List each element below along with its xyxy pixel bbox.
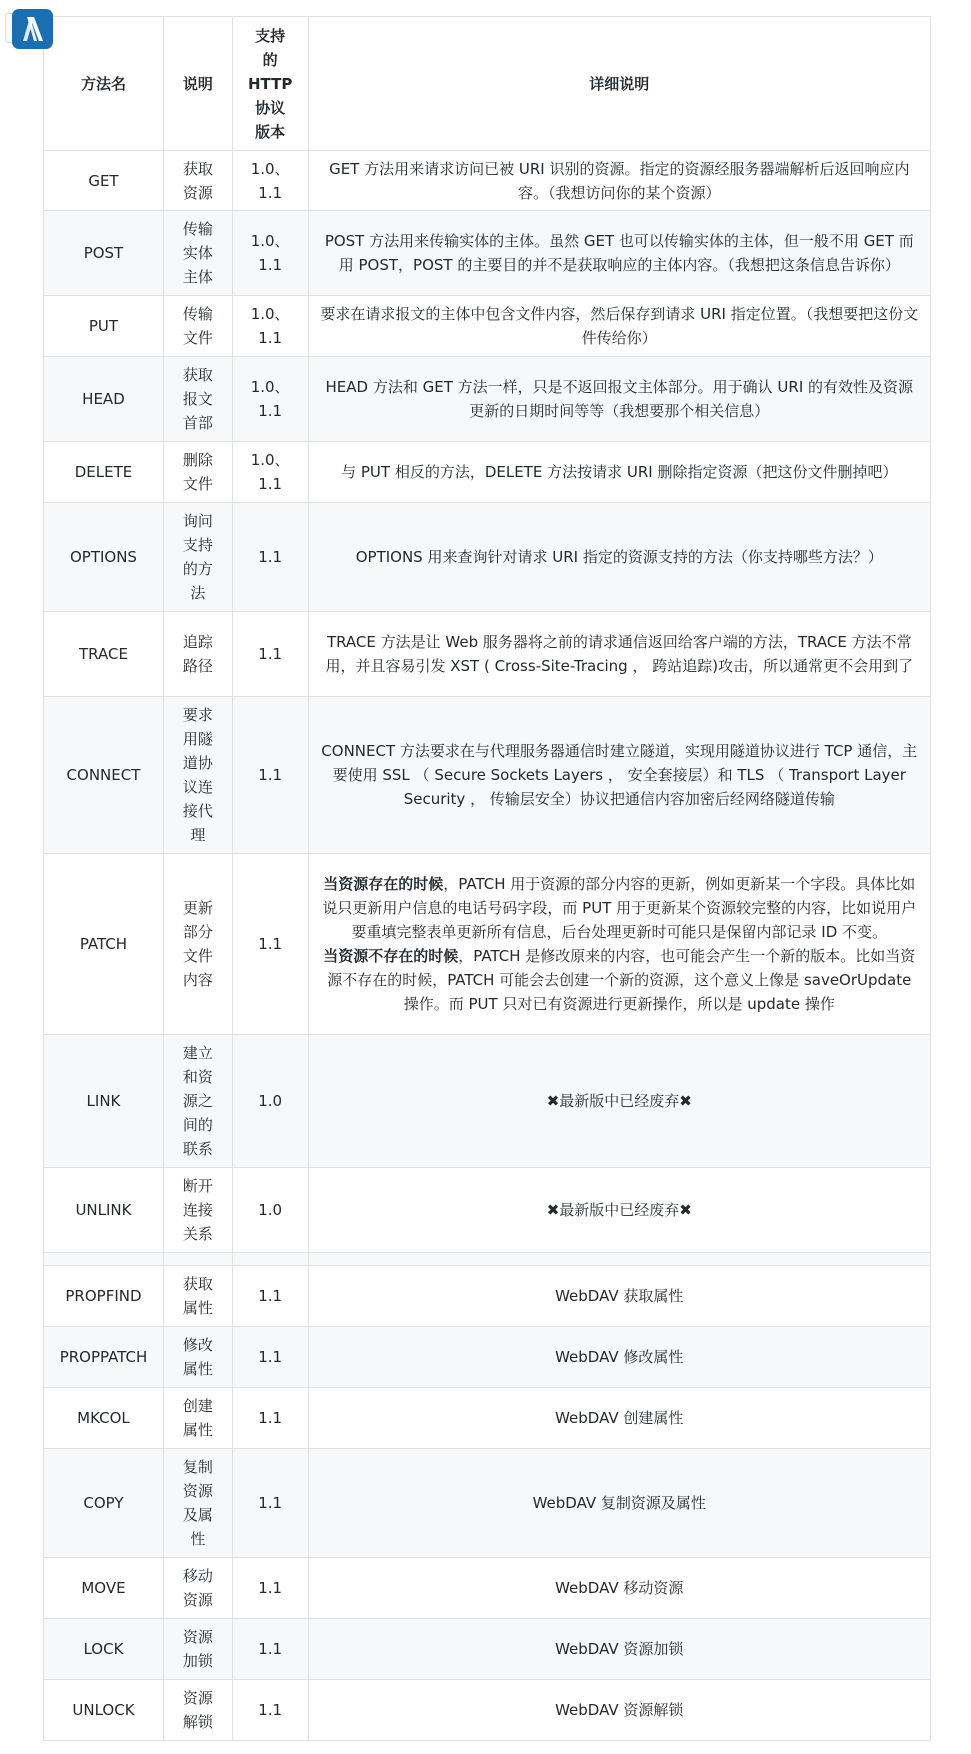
summary-line: 文件	[183, 475, 213, 493]
version-line: 1.0、	[251, 160, 290, 178]
method-detail: WebDAV 创建属性	[308, 1388, 930, 1449]
method-name: UNLINK	[44, 1168, 164, 1253]
lambda-logo-icon[interactable]	[12, 9, 53, 49]
table-row: MOVE移动资源1.1WebDAV 移动资源	[44, 1558, 931, 1619]
method-detail: POST 方法用来传输实体的主体。虽然 GET 也可以传输实体的主体，但一般不用…	[308, 211, 930, 296]
detail-emphasis: 当资源不存在的时候	[323, 947, 458, 965]
http-version: 1.1	[232, 854, 308, 1035]
summary-line: 创建	[183, 1397, 213, 1415]
method-name: OPTIONS	[44, 503, 164, 612]
method-summary: 删除文件	[163, 442, 232, 503]
version-line: 1.1	[258, 402, 282, 420]
detail-emphasis: 当资源存在的时候	[323, 875, 443, 893]
method-name: PUT	[44, 296, 164, 357]
summary-line: 用隧	[183, 730, 213, 748]
version-line: 1.1	[258, 548, 282, 566]
method-name: DELETE	[44, 442, 164, 503]
summary-line: 断开	[183, 1177, 213, 1195]
http-version: 1.1	[232, 1680, 308, 1741]
http-version: 1.0、1.1	[232, 211, 308, 296]
method-detail: TRACE 方法是让 Web 服务器将之前的请求通信返回给客户端的方法，TRAC…	[308, 612, 930, 697]
method-detail: WebDAV 资源解锁	[308, 1680, 930, 1741]
table-row: GET获取资源1.0、1.1GET 方法用来请求访问已被 URI 识别的资源。指…	[44, 151, 931, 211]
method-summary: 要求用隧道协议连接代理	[163, 697, 232, 854]
summary-line: 获取	[183, 1275, 213, 1293]
summary-line: 资源	[183, 1628, 213, 1646]
header-detail: 详细说明	[308, 17, 930, 151]
table-row: TRACE追踪路径1.1TRACE 方法是让 Web 服务器将之前的请求通信返回…	[44, 612, 931, 697]
summary-line: 属性	[183, 1299, 213, 1317]
method-detail: ✖最新版中已经废弃✖	[308, 1168, 930, 1253]
method-detail: WebDAV 修改属性	[308, 1327, 930, 1388]
method-summary: 修改属性	[163, 1327, 232, 1388]
version-line: 1.0、	[251, 305, 290, 323]
version-line: 1.1	[258, 645, 282, 663]
method-summary: 建立和资源之间的联系	[163, 1035, 232, 1168]
http-version: 1.0	[232, 1168, 308, 1253]
table-row: PROPFIND获取属性1.1WebDAV 获取属性	[44, 1266, 931, 1327]
method-name: COPY	[44, 1449, 164, 1558]
summary-line: 修改	[183, 1336, 213, 1354]
summary-line: 文件	[183, 947, 213, 965]
method-summary: 断开连接关系	[163, 1168, 232, 1253]
header-method: 方法名	[44, 17, 164, 151]
version-line: 1.1	[258, 256, 282, 274]
http-version: 1.0、1.1	[232, 296, 308, 357]
summary-line: 间的	[183, 1116, 213, 1134]
version-line: 1.1	[258, 1701, 282, 1719]
header-version-line: 版本	[255, 123, 285, 141]
version-line: 1.1	[258, 1640, 282, 1658]
http-version: 1.1	[232, 1619, 308, 1680]
version-line: 1.0	[258, 1201, 282, 1219]
method-name: LOCK	[44, 1619, 164, 1680]
table-header-row: 方法名 说明 支持 的 HTTP 协议 版本 详细说明	[44, 17, 931, 151]
method-detail: ✖最新版中已经废弃✖	[308, 1035, 930, 1168]
summary-line: 解锁	[183, 1713, 213, 1731]
table-row: UNLINK断开连接关系1.0✖最新版中已经废弃✖	[44, 1168, 931, 1253]
version-line: 1.1	[258, 184, 282, 202]
header-version: 支持 的 HTTP 协议 版本	[232, 17, 308, 151]
method-detail: WebDAV 复制资源及属性	[308, 1449, 930, 1558]
version-line: 1.1	[258, 1579, 282, 1597]
method-name: PROPPATCH	[44, 1327, 164, 1388]
table-row: MKCOL创建属性1.1WebDAV 创建属性	[44, 1388, 931, 1449]
method-name: HEAD	[44, 357, 164, 442]
header-version-line: HTTP	[248, 75, 292, 93]
http-methods-table: 方法名 说明 支持 的 HTTP 协议 版本 详细说明 GET获取资源1.0、1…	[43, 16, 931, 1741]
table-row: LINK建立和资源之间的联系1.0✖最新版中已经废弃✖	[44, 1035, 931, 1168]
method-summary: 获取属性	[163, 1266, 232, 1327]
method-summary: 创建属性	[163, 1388, 232, 1449]
method-name: MKCOL	[44, 1388, 164, 1449]
summary-line: 删除	[183, 451, 213, 469]
summary-line: 追踪	[183, 633, 213, 651]
header-version-line: 协议	[255, 99, 285, 117]
summary-line: 路径	[183, 657, 213, 675]
summary-line: 内容	[183, 971, 213, 989]
header-version-line: 支持	[255, 27, 285, 45]
summary-line: 性	[190, 1530, 205, 1548]
summary-line: 理	[190, 826, 205, 844]
summary-line: 要求	[183, 706, 213, 724]
method-name: PATCH	[44, 854, 164, 1035]
table-row: LOCK资源加锁1.1WebDAV 资源加锁	[44, 1619, 931, 1680]
http-version: 1.1	[232, 612, 308, 697]
method-summary: 询问支持的方法	[163, 503, 232, 612]
summary-line: 移动	[183, 1567, 213, 1585]
summary-line: 资源	[183, 1591, 213, 1609]
version-line: 1.1	[258, 1494, 282, 1512]
header-desc: 说明	[163, 17, 232, 151]
summary-line: 议连	[183, 778, 213, 796]
summary-line: 更新	[183, 899, 213, 917]
summary-line: 获取	[183, 160, 213, 178]
summary-line: 首部	[183, 414, 213, 432]
table-row: PATCH更新部分文件内容1.1当资源存在的时候，PATCH 用于资源的部分内容…	[44, 854, 931, 1035]
method-detail: HEAD 方法和 GET 方法一样，只是不返回报文主体部分。用于确认 URI 的…	[308, 357, 930, 442]
summary-line: 接代	[183, 802, 213, 820]
summary-line: 联系	[183, 1140, 213, 1158]
version-line: 1.0	[258, 1092, 282, 1110]
summary-line: 法	[190, 584, 205, 602]
summary-line: 资源	[183, 1482, 213, 1500]
summary-line: 和资	[183, 1068, 213, 1086]
http-version: 1.1	[232, 1266, 308, 1327]
method-summary: 传输文件	[163, 296, 232, 357]
method-detail: 与 PUT 相反的方法，DELETE 方法按请求 URI 删除指定资源（把这份文…	[308, 442, 930, 503]
http-version: 1.1	[232, 1388, 308, 1449]
method-summary: 追踪路径	[163, 612, 232, 697]
summary-line: 加锁	[183, 1652, 213, 1670]
table-row: OPTIONS询问支持的方法1.1OPTIONS 用来查询针对请求 URI 指定…	[44, 503, 931, 612]
summary-line: 资源	[183, 184, 213, 202]
summary-line: 传输	[183, 305, 213, 323]
method-summary: 更新部分文件内容	[163, 854, 232, 1035]
http-version: 1.0	[232, 1035, 308, 1168]
method-summary: 获取资源	[163, 151, 232, 211]
summary-line: 文件	[183, 329, 213, 347]
summary-line: 及属	[183, 1506, 213, 1524]
table-row: PROPPATCH修改属性1.1WebDAV 修改属性	[44, 1327, 931, 1388]
method-summary: 获取报文首部	[163, 357, 232, 442]
summary-line: 获取	[183, 366, 213, 384]
method-summary: 资源加锁	[163, 1619, 232, 1680]
summary-line: 实体	[183, 244, 213, 262]
summary-line: 资源	[183, 1689, 213, 1707]
lambda-glyph-icon	[21, 16, 45, 42]
summary-line: 道协	[183, 754, 213, 772]
summary-line: 建立	[183, 1044, 213, 1062]
version-line: 1.0、	[251, 378, 290, 396]
method-detail: GET 方法用来请求访问已被 URI 识别的资源。指定的资源经服务器端解析后返回…	[308, 151, 930, 211]
table-row: CONNECT要求用隧道协议连接代理1.1CONNECT 方法要求在与代理服务器…	[44, 697, 931, 854]
version-line: 1.0、	[251, 451, 290, 469]
method-detail: WebDAV 移动资源	[308, 1558, 930, 1619]
method-name: PROPFIND	[44, 1266, 164, 1327]
version-line: 1.1	[258, 1287, 282, 1305]
method-detail: WebDAV 资源加锁	[308, 1619, 930, 1680]
http-version: 1.1	[232, 1558, 308, 1619]
method-name: MOVE	[44, 1558, 164, 1619]
table-row: PUT传输文件1.0、1.1要求在请求报文的主体中包含文件内容，然后保存到请求 …	[44, 296, 931, 357]
summary-line: 属性	[183, 1360, 213, 1378]
table-row: COPY复制资源及属性1.1WebDAV 复制资源及属性	[44, 1449, 931, 1558]
summary-line: 报文	[183, 390, 213, 408]
summary-line: 属性	[183, 1421, 213, 1439]
summary-line: 复制	[183, 1458, 213, 1476]
http-version: 1.1	[232, 1327, 308, 1388]
method-summary	[163, 1253, 232, 1266]
summary-line: 的方	[183, 560, 213, 578]
summary-line: 源之	[183, 1092, 213, 1110]
method-name: POST	[44, 211, 164, 296]
method-name: LINK	[44, 1035, 164, 1168]
version-line: 1.1	[258, 1409, 282, 1427]
http-version: 1.0、1.1	[232, 151, 308, 211]
version-line: 1.1	[258, 1348, 282, 1366]
summary-line: 支持	[183, 536, 213, 554]
http-version: 1.1	[232, 1449, 308, 1558]
http-version: 1.1	[232, 697, 308, 854]
method-name	[44, 1253, 164, 1266]
version-line: 1.1	[258, 935, 282, 953]
version-line: 1.1	[258, 766, 282, 784]
version-line: 1.1	[258, 475, 282, 493]
version-line: 1.0、	[251, 232, 290, 250]
http-version	[232, 1253, 308, 1266]
method-detail: 要求在请求报文的主体中包含文件内容，然后保存到请求 URI 指定位置。（我想要把…	[308, 296, 930, 357]
version-line: 1.1	[258, 329, 282, 347]
summary-line: 连接	[183, 1201, 213, 1219]
summary-line: 传输	[183, 220, 213, 238]
method-name: TRACE	[44, 612, 164, 697]
method-name: CONNECT	[44, 697, 164, 854]
method-summary: 传输实体主体	[163, 211, 232, 296]
method-detail: CONNECT 方法要求在与代理服务器通信时建立隧道，实现用隧道协议进行 TCP…	[308, 697, 930, 854]
summary-line: 部分	[183, 923, 213, 941]
summary-line: 主体	[183, 268, 213, 286]
summary-line: 关系	[183, 1225, 213, 1243]
method-summary: 移动资源	[163, 1558, 232, 1619]
method-detail	[308, 1253, 930, 1266]
summary-line: 询问	[183, 512, 213, 530]
method-summary: 复制资源及属性	[163, 1449, 232, 1558]
method-summary: 资源解锁	[163, 1680, 232, 1741]
table-row: DELETE删除文件1.0、1.1与 PUT 相反的方法，DELETE 方法按请…	[44, 442, 931, 503]
method-detail: OPTIONS 用来查询针对请求 URI 指定的资源支持的方法（你支持哪些方法？…	[308, 503, 930, 612]
method-detail: WebDAV 获取属性	[308, 1266, 930, 1327]
table-row: POST传输实体主体1.0、1.1POST 方法用来传输实体的主体。虽然 GET…	[44, 211, 931, 296]
table-row: HEAD获取报文首部1.0、1.1HEAD 方法和 GET 方法一样，只是不返回…	[44, 357, 931, 442]
http-version: 1.1	[232, 503, 308, 612]
header-version-line: 的	[263, 51, 278, 69]
method-name: UNLOCK	[44, 1680, 164, 1741]
http-version: 1.0、1.1	[232, 357, 308, 442]
http-version: 1.0、1.1	[232, 442, 308, 503]
table-row	[44, 1253, 931, 1266]
table-row: UNLOCK资源解锁1.1WebDAV 资源解锁	[44, 1680, 931, 1741]
method-detail: 当资源存在的时候，PATCH 用于资源的部分内容的更新，例如更新某一个字段。具体…	[308, 854, 930, 1035]
method-name: GET	[44, 151, 164, 211]
